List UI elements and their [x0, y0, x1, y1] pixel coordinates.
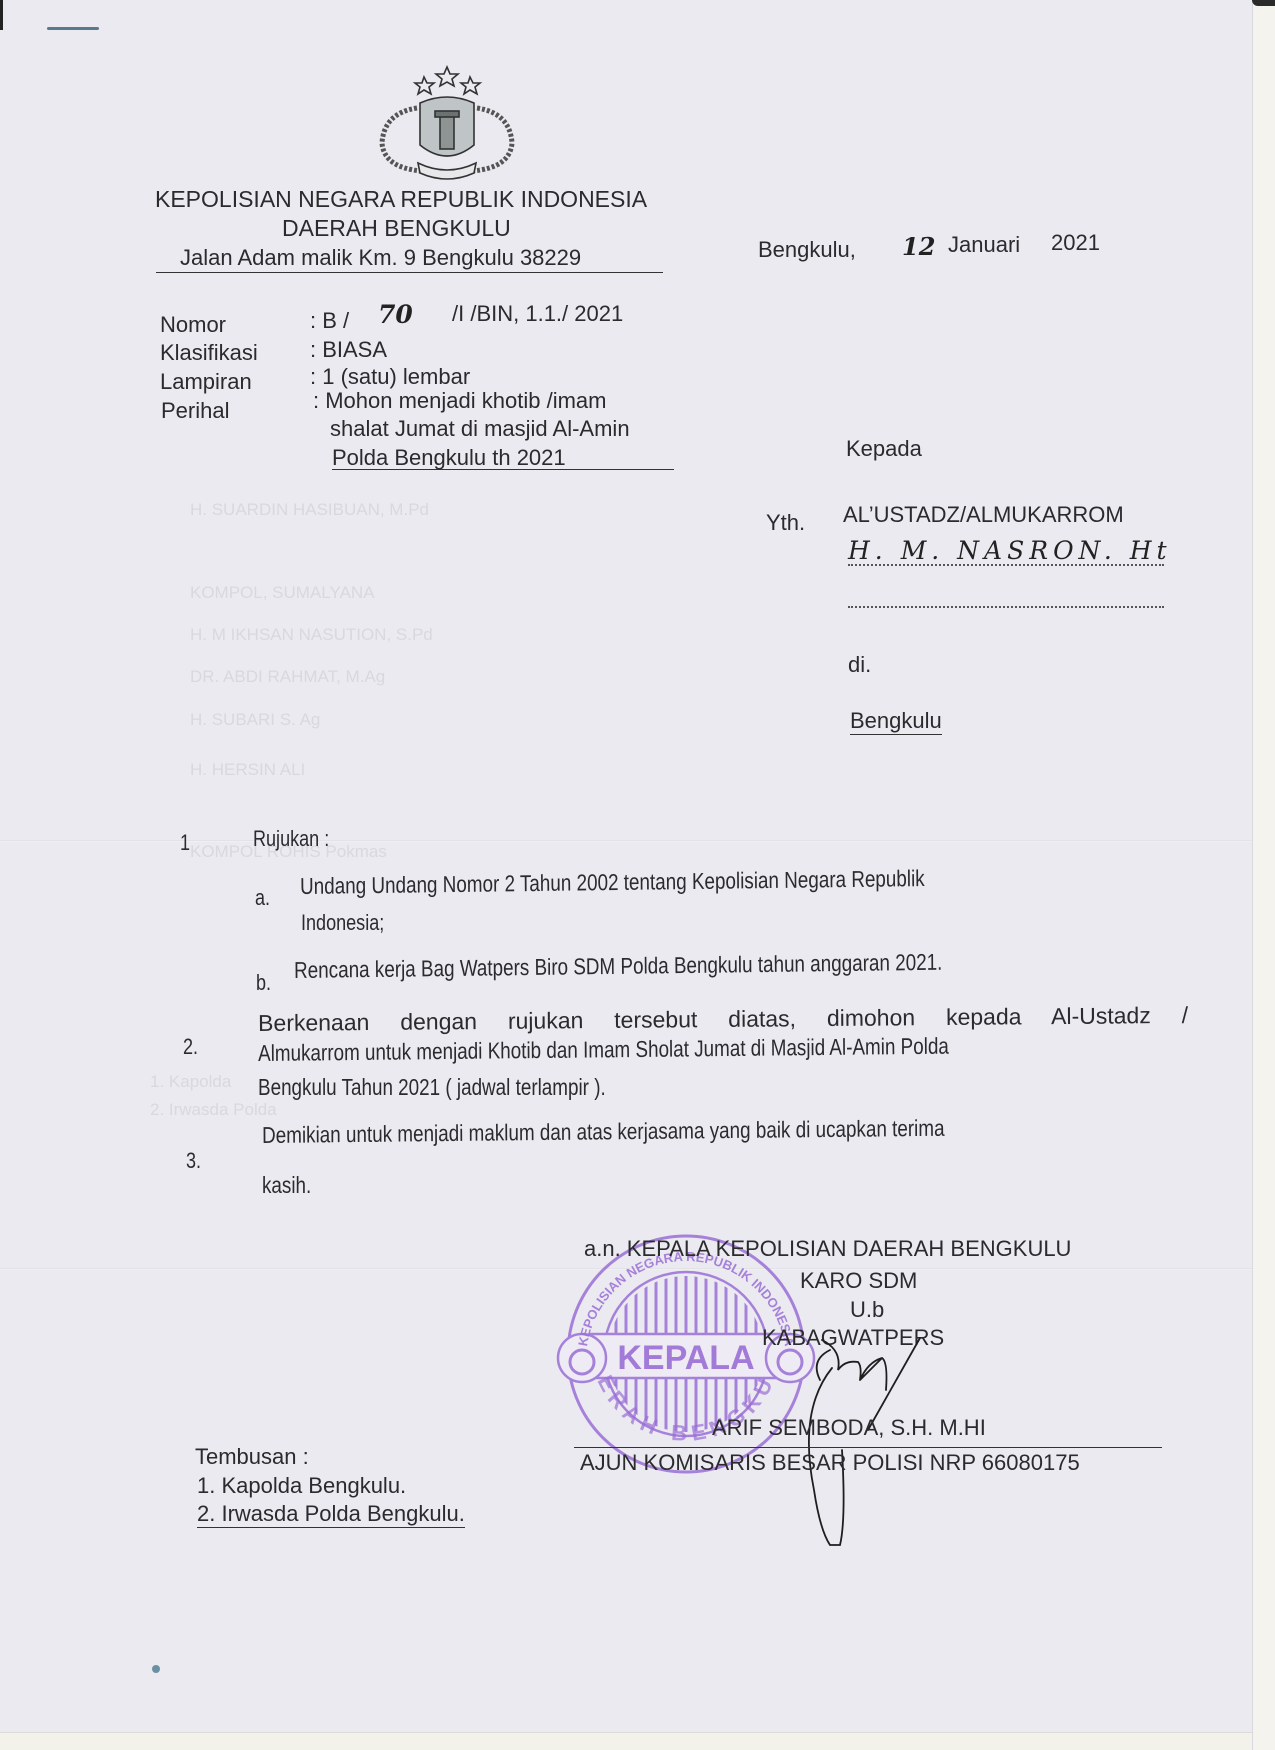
tembusan-title: Tembusan : — [195, 1444, 309, 1470]
item3-line2: kasih. — [262, 1172, 311, 1198]
date-day-handwritten: 12 — [902, 234, 935, 260]
item1-number: 1 — [180, 830, 190, 856]
institution-name: KEPOLISIAN NEGARA REPUBLIK INDONESIA — [155, 186, 647, 212]
scanner-corner — [1252, 0, 1275, 6]
perihal-line2: shalat Jumat di masjid Al-Amin — [330, 416, 630, 442]
klasifikasi-value: : BIASA — [310, 337, 387, 363]
item2-line2: Almukarrom untuk menjadi Khotib dan Imam… — [258, 1033, 949, 1066]
signature-ub: U.b — [850, 1297, 884, 1323]
date-year: 2021 — [1051, 230, 1100, 256]
recipient-name-handwritten: H. M. NASRON. Ht — [848, 538, 1172, 564]
date-month: Januari — [948, 232, 1020, 258]
nomor-handwritten: 70 — [378, 302, 413, 328]
item2-line3: Bengkulu Tahun 2021 ( jadwal terlampir )… — [258, 1074, 606, 1100]
klasifikasi-label: Klasifikasi — [160, 340, 258, 366]
recipient-kepada: Kepada — [846, 436, 922, 462]
perihal-underline — [332, 469, 674, 470]
nomor-label: Nomor — [160, 312, 226, 338]
perihal-line3: Polda Bengkulu th 2021 — [332, 445, 566, 471]
tembusan-item-1: 1. Kapolda Bengkulu. — [197, 1473, 406, 1499]
signature-karo: KARO SDM — [800, 1268, 917, 1294]
item1a-line1: Undang Undang Nomor 2 Tahun 2002 tentang… — [300, 865, 925, 899]
scan-mark — [47, 27, 99, 30]
signatory-name: ARIF SEMBODA, S.H. M.HI — [712, 1415, 986, 1441]
item1a-letter: a. — [255, 885, 270, 911]
police-emblem-icon — [362, 63, 532, 188]
item2-line1: Berkenaan dengan rujukan tersebut diatas… — [258, 1002, 1188, 1036]
signatory-rank-nrp: AJUN KOMISARIS BESAR POLISI NRP 66080175 — [580, 1450, 1080, 1476]
svg-text:KEPALA: KEPALA — [617, 1339, 754, 1377]
perihal-label: Perihal — [161, 398, 229, 424]
signature-divider — [574, 1447, 1162, 1448]
nomor-suffix: /I /BIN, 1.1./ 2021 — [452, 301, 623, 327]
ink-speck — [152, 1665, 160, 1673]
institution-region: DAERAH BENGKULU — [282, 215, 511, 241]
nomor-prefix: : B / — [310, 308, 349, 334]
page-edge-bottom — [0, 1732, 1252, 1750]
item1b-text: Rencana kerja Bag Watpers Biro SDM Polda… — [294, 949, 942, 983]
scanner-edge-left — [0, 0, 3, 30]
date-city: Bengkulu, — [758, 237, 856, 263]
tembusan-item-2: 2. Irwasda Polda Bengkulu. — [197, 1501, 465, 1528]
perihal-line1: : Mohon menjadi khotib /imam — [313, 388, 606, 414]
item1a-line2: Indonesia; — [301, 910, 384, 936]
letter-page: H. SUARDIN HASIBUAN, M.Pd KOMPOL, SUMALY… — [0, 0, 1252, 1732]
lampiran-value: : 1 (satu) lembar — [310, 364, 470, 390]
item3-number: 3. — [186, 1148, 201, 1174]
item3-line1: Demikian untuk menjadi maklum dan atas k… — [262, 1115, 945, 1148]
recipient-di: di. — [848, 652, 871, 678]
item1-title: Rujukan : — [253, 826, 329, 852]
recipient-title: AL’USTADZ/ALMUKARROM — [843, 502, 1124, 528]
recipient-place: Bengkulu — [850, 708, 942, 735]
item2-number: 2. — [183, 1034, 198, 1060]
header-divider — [156, 272, 663, 273]
lampiran-label: Lampiran — [160, 369, 252, 395]
page-edge-right — [1252, 0, 1275, 1750]
recipient-yth: Yth. — [766, 510, 805, 536]
signature-on-behalf: a.n. KEPALA KEPOLISIAN DAERAH BENGKULU — [584, 1236, 1071, 1262]
recipient-dotted-line-2 — [848, 606, 1164, 608]
institution-address: Jalan Adam malik Km. 9 Bengkulu 38229 — [180, 245, 581, 271]
recipient-dotted-line-1 — [848, 564, 1164, 566]
item1b-letter: b. — [256, 970, 271, 996]
